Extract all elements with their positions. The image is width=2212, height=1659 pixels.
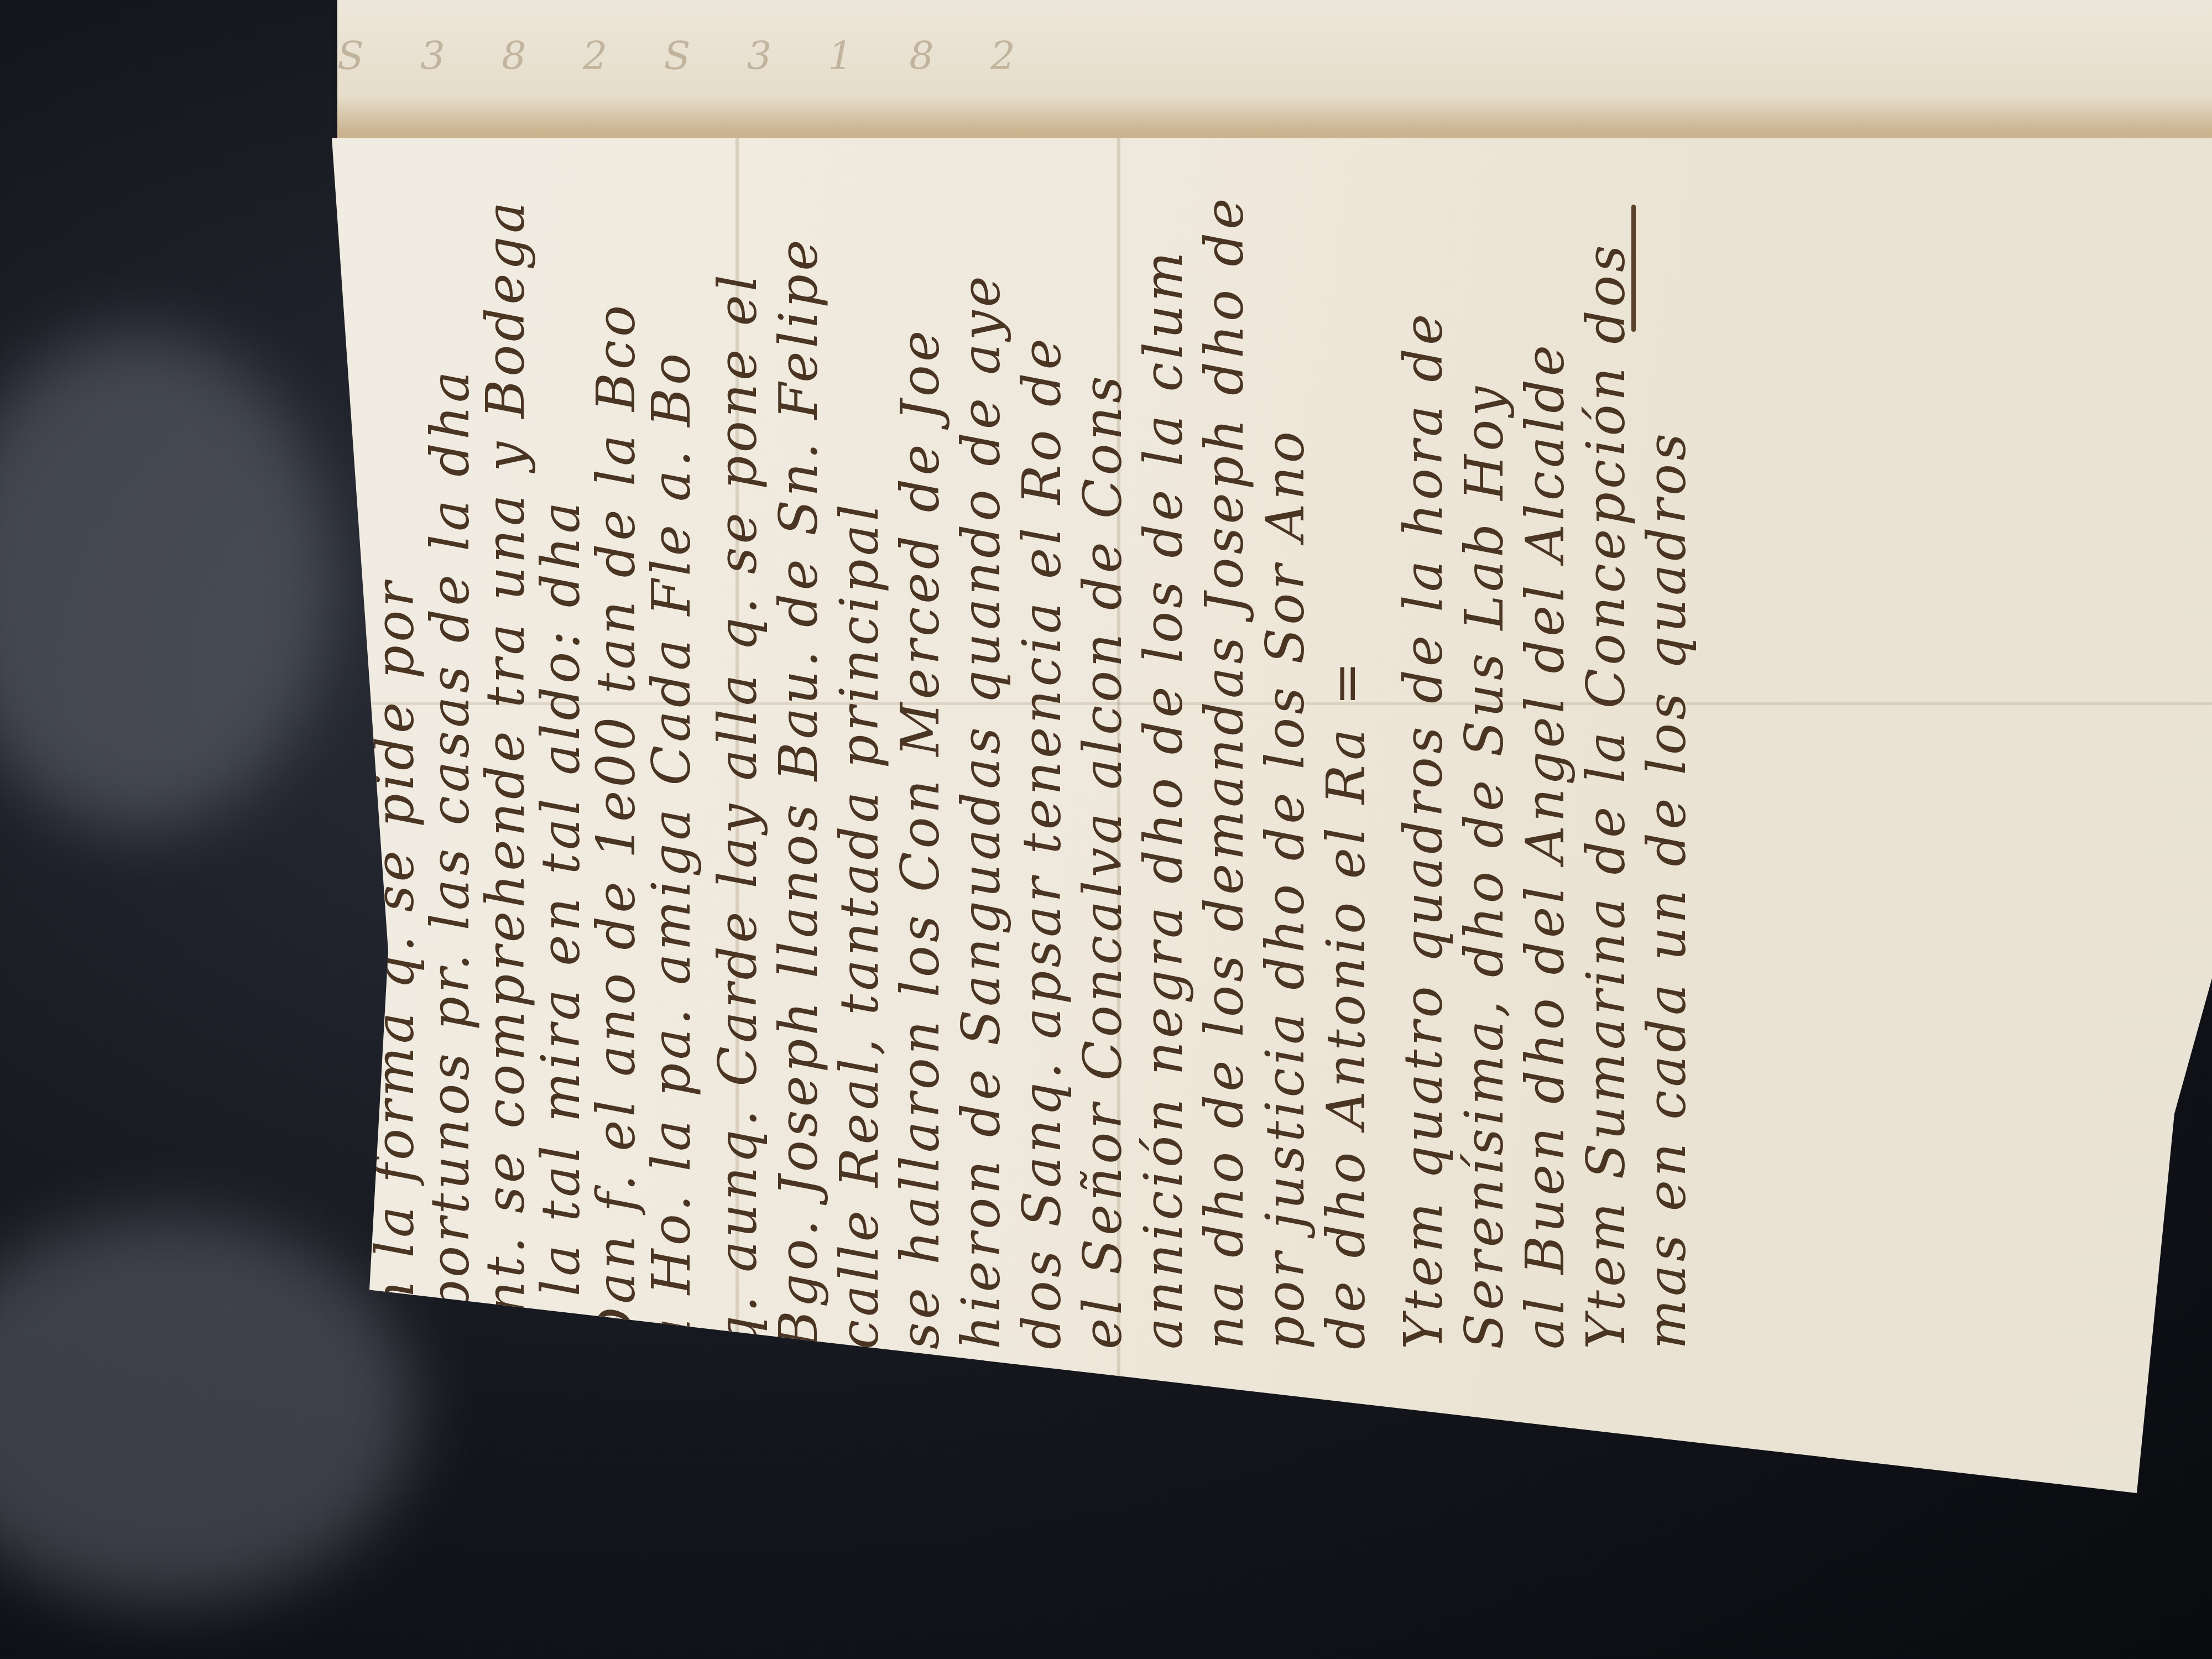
- manuscript-line: se hallaron los Con Merced de Joe: [890, 327, 951, 1349]
- manuscript-line: dos Sanq. apsar tenencia el Ro de: [1012, 335, 1073, 1349]
- manuscript-line: na dho de los demandas Joseph dho de: [1194, 195, 1255, 1349]
- manuscript-line: mas en cada un de los quadros: [1637, 430, 1698, 1349]
- light-glare: [0, 1217, 415, 1604]
- folded-top-sheet: S 3 8 2 S 3 1 8 2: [337, 0, 2212, 138]
- manuscript-line: a Ho. la pa. amiga Cada Fle a. Bo: [641, 350, 702, 1349]
- manuscript-line: hieron de Sanguadas quando de aye: [951, 273, 1012, 1349]
- manuscript-line: en la forma q. se pide por: [365, 578, 426, 1349]
- manuscript-line: Ytem Sumarina de la Concepción dos: [1576, 242, 1637, 1349]
- manuscript-line: ent. se comprehende tra una y Bodega: [476, 199, 536, 1349]
- manuscript-line: y la tal mira en tal aldo: dha: [531, 499, 592, 1349]
- handwritten-lines: en la forma q. se pide por oportunos pr.…: [332, 138, 2212, 1493]
- manuscript-line: Bgo. Joseph llanos Bau. de Sn. Felipe: [769, 237, 830, 1349]
- manuscript-line: Dan f. el ano de 1e00 tan de la Bco: [586, 302, 647, 1349]
- manuscript-page: en la forma q. se pide por oportunos pr.…: [332, 138, 2212, 1493]
- manuscript-line: annición negra dho de los de la clum: [1134, 249, 1194, 1349]
- manuscript-line: al Buen dho del Angel del Alcalde: [1515, 342, 1576, 1349]
- manuscript-line: q. aunq. Carde lay alla q. se pone el: [708, 272, 769, 1349]
- manuscript-line: por justicia dho de los Sor Ano: [1255, 428, 1316, 1349]
- manuscript-line: calle Real, tantada principal: [830, 501, 890, 1349]
- manuscript-line: Ytem quatro quadros de la hora de: [1394, 311, 1454, 1349]
- light-glare: [0, 332, 332, 830]
- bleed-through-text: S 3 8 2 S 3 1 8 2: [337, 33, 1037, 79]
- manuscript-line: el Señor Concalva alcon de Cons: [1073, 373, 1134, 1349]
- manuscript-line: Serenísima, dho de Sus Lab Hoy: [1454, 383, 1515, 1349]
- manuscript-line: de dho Antonio el Ra =: [1316, 658, 1377, 1349]
- manuscript-line: oportunos pr. las casas de la dha: [420, 368, 481, 1349]
